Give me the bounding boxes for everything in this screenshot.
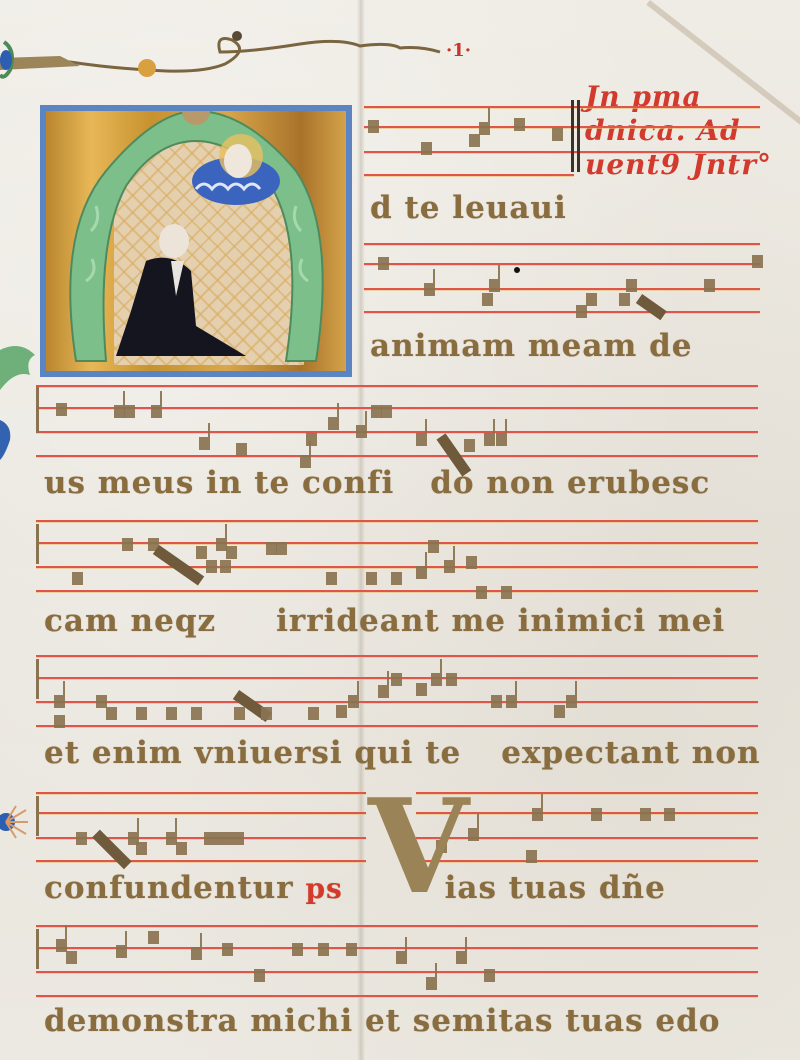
chant-text-line-5: et enim vniuersi qui teexpectant non	[44, 735, 761, 771]
folio-number: ·1·	[446, 40, 471, 61]
music-staff-2	[364, 243, 760, 309]
chant-text-line-6: confundentur ps ias tuas dñe	[44, 870, 666, 906]
chant-text-line-5a: et enim vniuersi qui te	[44, 735, 461, 771]
chant-text-line-2: animam meam de	[370, 328, 693, 364]
chant-text-line-7: demonstra michi et semitas tuas edo	[44, 1003, 720, 1039]
music-staff-7	[36, 925, 758, 991]
chant-text-line-4a: cam neqz	[44, 603, 216, 639]
initial-letter-a	[46, 111, 346, 371]
historiated-initial	[40, 105, 352, 377]
pen-flourish-ornament	[0, 20, 460, 80]
music-staff-4	[36, 520, 758, 586]
psalm-rubric: ps	[305, 872, 342, 905]
chant-text-line-3: us meus in te confido non erubesc	[44, 465, 710, 501]
chant-text-line-6b: ias tuas dñe	[445, 870, 666, 906]
psalm-initial-v: V	[368, 782, 448, 912]
chant-text-line-4b: irrideant me inimici mei	[276, 603, 725, 639]
chant-text-line-5b: expectant non	[501, 735, 760, 771]
chant-text-line-4: cam neqzirrideant me inimici mei	[44, 603, 725, 639]
chant-text-line-3b: do non erubesc	[430, 465, 710, 501]
chant-text-line-1: d te leuaui	[370, 190, 567, 226]
music-staff-3	[36, 385, 758, 451]
chant-text-line-6a: confundentur	[44, 870, 294, 906]
music-staff-5	[36, 655, 758, 721]
music-staff-1	[364, 106, 760, 172]
sunburst-ornament	[0, 800, 30, 850]
foliage-ornament	[0, 330, 40, 480]
chant-text-line-3a: us meus in te confi	[44, 465, 394, 501]
